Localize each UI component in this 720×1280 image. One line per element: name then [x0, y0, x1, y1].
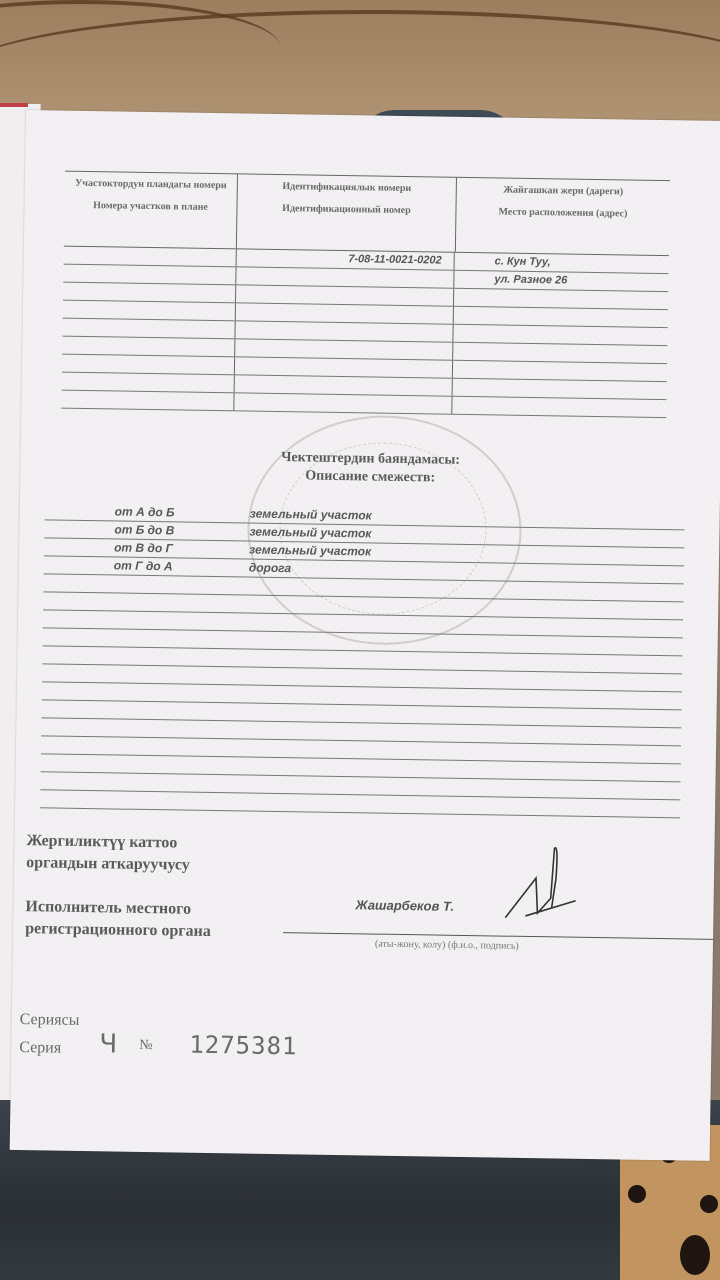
header-address: Жайгашкан жери (дареги) Место расположен…	[456, 178, 670, 255]
adjacency-from: от Б до В	[114, 521, 179, 539]
table-cell-plan-no	[63, 265, 236, 285]
table-cell-ident-no	[235, 357, 453, 377]
header-ident-number: Идентификациялык номери Идентификационны…	[237, 174, 457, 251]
table-cell-plan-no	[61, 391, 234, 411]
adjacency-neighbor: земельный участок	[249, 542, 371, 561]
signature-block: Жергиликтүү каттоо органдын аткаруучусу …	[25, 830, 707, 951]
table-cell-ident-no	[236, 285, 454, 305]
table-cell-plan-no	[62, 319, 235, 339]
certificate-page: Участоктордун пландагы номери Номера уча…	[10, 110, 720, 1161]
adjacency-from: от А до Б	[115, 503, 180, 521]
table-cell-ident-no: 7-08-11-0021-0202	[237, 249, 455, 269]
adjacency-from	[110, 791, 175, 809]
table-cell-plan-no	[62, 355, 235, 375]
table-header: Участоктордун пландагы номери Номера уча…	[64, 171, 670, 256]
adjacency-from	[113, 593, 178, 611]
plots-table: Участоктордун пландагы номери Номера уча…	[61, 171, 670, 418]
adjacency-from	[112, 665, 177, 683]
adjacency-from	[110, 773, 175, 791]
table-cell-address	[453, 361, 667, 381]
cover-edge	[0, 103, 28, 107]
adjacency-from: от В до Г	[114, 539, 179, 557]
adjacency-from	[113, 575, 178, 593]
table-cell-ident-no	[235, 375, 453, 395]
signature-caption: (аты-жону, колу) (ф.и.о., подпись)	[375, 939, 519, 952]
executor-name: Жашарбеков Т.	[355, 897, 454, 914]
table-cell-plan-no	[62, 373, 235, 393]
table-cell-ident-no	[236, 303, 454, 323]
serial-number: 1275381	[189, 1031, 298, 1061]
table-cell-address	[453, 379, 667, 399]
adjacency-from: от Г до А	[114, 557, 179, 575]
table-cell-address: ул. Разное 26	[454, 271, 668, 291]
table-cell-address	[453, 343, 667, 363]
adjacency-from	[111, 737, 176, 755]
adjacency-neighbor: земельный участок	[250, 506, 372, 525]
table-cell-address	[452, 397, 666, 417]
table-cell-plan-no	[62, 337, 235, 357]
signature-icon	[495, 837, 586, 928]
table-cell-ident-no	[234, 393, 452, 413]
table-cell-address	[454, 307, 668, 327]
table-cell-plan-no	[63, 283, 236, 303]
adjacency-from	[111, 719, 176, 737]
serial-block: Сериясы Серия Ч № 1275381	[19, 1006, 80, 1063]
table-cell-address	[454, 289, 668, 309]
serial-letter: Ч	[99, 1029, 117, 1059]
serial-label-ky: Сериясы	[19, 1006, 79, 1035]
adjacency-from	[113, 611, 178, 629]
executor-label-ky: Жергиликтүү каттоо органдын аткаруучусу	[26, 830, 707, 885]
header-plan-number: Участоктордун пландагы номери Номера уча…	[64, 172, 238, 249]
adjacency-neighbor: земельный участок	[249, 524, 371, 543]
adjacency-from	[111, 755, 176, 773]
adjacency-list: от А до Бземельный участокот Б до Вземел…	[40, 502, 685, 818]
table-cell-plan-no	[63, 301, 236, 321]
number-sign: №	[139, 1038, 153, 1054]
adjacency-from	[113, 629, 178, 647]
table-cell-ident-no	[236, 267, 454, 287]
adjacency-neighbor: дорога	[249, 560, 292, 578]
table-cell-plan-no	[64, 247, 237, 267]
adjacency-from	[111, 701, 176, 719]
serial-label-ru: Серия	[19, 1034, 79, 1063]
table-cell-address	[453, 325, 667, 345]
table-cell-address: с. Кун Туу,	[455, 253, 669, 273]
adjacency-from	[112, 647, 177, 665]
table-cell-ident-no	[235, 321, 453, 341]
adjacency-from	[112, 683, 177, 701]
table-cell-ident-no	[235, 339, 453, 359]
